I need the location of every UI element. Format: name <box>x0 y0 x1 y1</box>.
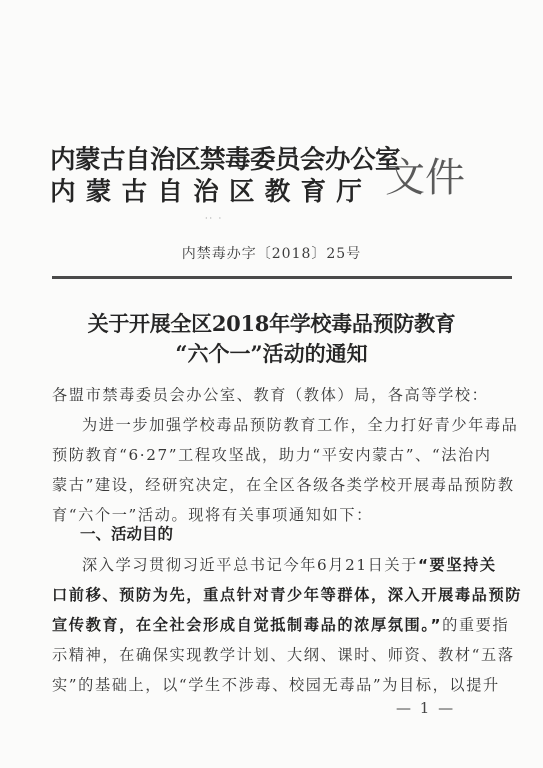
para1-line: 预防教育“6·27”工程攻坚战，助力“平安内蒙古”、“法治内 <box>52 444 492 465</box>
section-heading-purpose: 一、活动目的 <box>80 522 173 544</box>
header-divider <box>52 276 512 279</box>
page-number: — 1 — <box>396 699 455 717</box>
para2-line: 实”的基础上，以“学生不涉毒、校园无毒品”为目标，以提升 <box>52 674 500 695</box>
document-number: 内禁毒办字〔2018〕25号 <box>0 243 543 263</box>
quote-text: “要坚持关 <box>418 556 497 574</box>
para1-line: 为进一步加强学校毒品预防教育工作，全力打好青少年毒品 <box>82 414 518 435</box>
scan-mark: ·· · <box>205 214 223 223</box>
para2-line: 示精神，在确保实现教学计划、大纲、课时、师资、教材“五落 <box>52 644 515 665</box>
para2-line: 深入学习贯彻习近平总书记今年6月21日关于“要坚持关 <box>82 554 497 575</box>
para2-text: 深入学习贯彻习近平总书记今年6月21日关于 <box>82 556 418 574</box>
doc-type-label: 文件 <box>385 146 465 203</box>
quote-text: 宣传教育，在全社会形成自觉抵制毒品的浓厚氛围。” <box>52 616 442 634</box>
issuing-org-1: 内蒙古自治区禁毒委员会办公室 <box>50 140 400 176</box>
para1-line: 蒙古”建设，经研究决定，在全区各级各类学校开展毒品预防教 <box>52 474 515 495</box>
issuing-org-2: 内蒙古自治区教育厅 <box>50 172 372 208</box>
para2-line: 宣传教育，在全社会形成自觉抵制毒品的浓厚氛围。”的重要指 <box>52 614 509 635</box>
document-title-line-1: 关于开展全区2018年学校毒品预防教育 <box>0 308 543 338</box>
document-page: 内蒙古自治区禁毒委员会办公室 内蒙古自治区教育厅 文件 ·· · 内禁毒办字〔2… <box>0 0 543 768</box>
para2-line: 口前移、预防为先，重点针对青少年等群体，深入开展毒品预防 <box>52 584 522 605</box>
addressee: 各盟市禁毒委员会办公室、教育（教体）局，各高等学校： <box>52 384 488 405</box>
document-title-line-2: “六个一”活动的通知 <box>0 338 543 368</box>
para2-text: 的重要指 <box>442 616 509 634</box>
